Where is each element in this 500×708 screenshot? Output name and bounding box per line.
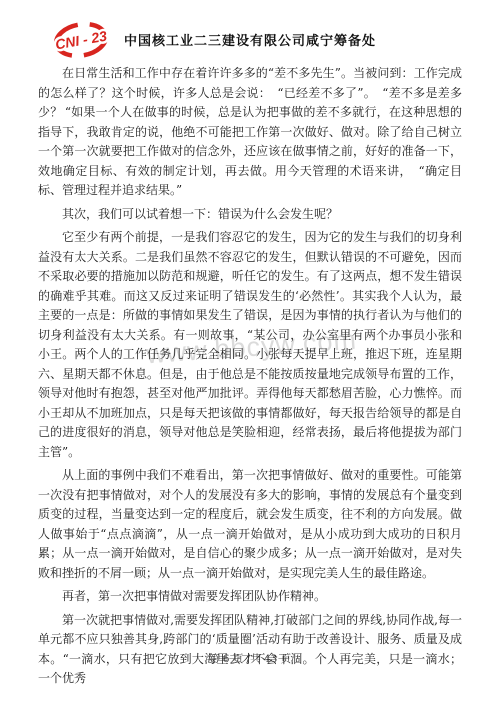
paragraph: 第一次就把事情做对,需要发挥团队精神,打破部门之间的界线,协同作战,每一单元都不… (38, 611, 462, 689)
page-header: CNI - 23 CNI - 23 中国核工业二三建设有限公司咸宁筹备处 (38, 16, 462, 62)
paragraph: 在日常生活和工作中存在着许许多多的“差不多先生”。当被问到：工作完成的怎么样了？… (38, 64, 462, 201)
document-page: CNI - 23 CNI - 23 中国核工业二三建设有限公司咸宁筹备处 www… (0, 0, 500, 708)
paragraph: 其次，我们可以试着想一下：错误为什么会发生呢？ (38, 205, 462, 225)
document-body: 在日常生活和工作中存在着许许多多的“差不多先生”。当被问到：工作完成的怎么样了？… (38, 64, 462, 693)
paragraph: 它至少有两个前提，一是我们容忍它的发生，因为它的发生与我们的切身利益没有太大关系… (38, 228, 462, 462)
company-title: 中国核工业二三建设有限公司咸宁筹备处 (38, 30, 462, 49)
paragraph: 从上面的事例中我们不难看出，第一次把事情做好、做对的重要性。可能第一次没有把事情… (38, 466, 462, 583)
paragraph: 再者，第一次把事情做对需要发挥团队协作精神。 (38, 587, 462, 607)
page-number: 第 6 页 /共 43 页 (0, 651, 500, 666)
